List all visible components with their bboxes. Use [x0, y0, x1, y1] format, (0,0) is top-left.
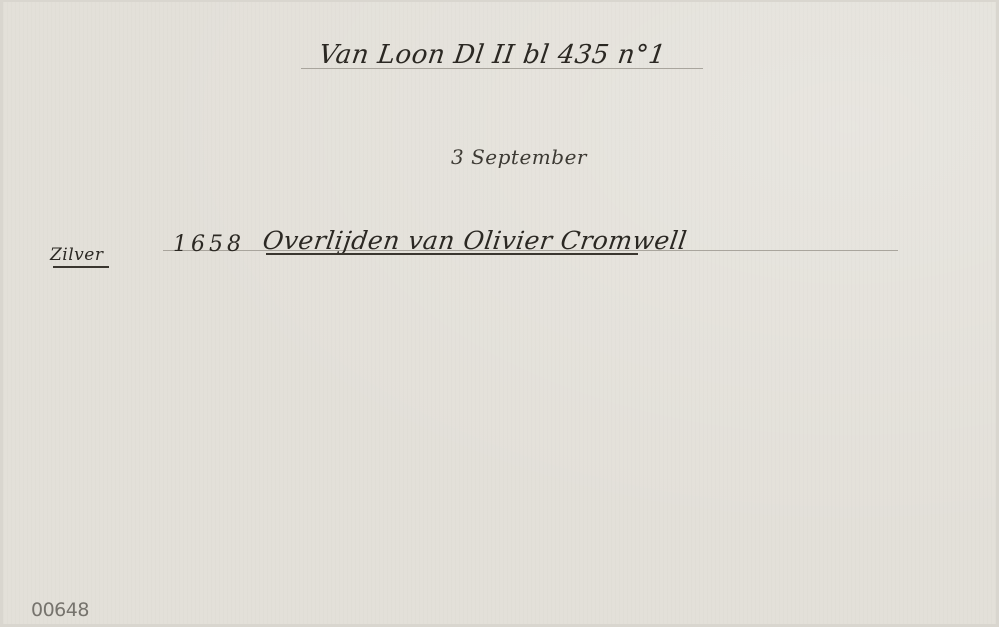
date-text: 3 September [451, 145, 587, 169]
inventory-number: 00648 [31, 599, 89, 621]
year-text: 1658 [173, 232, 245, 257]
catalogue-card: Van Loon Dl II bl 435 n°1 3 September Zi… [3, 2, 996, 624]
metal-underline [53, 266, 109, 268]
metal-label: Zilver [50, 245, 103, 265]
event-title: Overlijden van Olivier Cromwell [261, 226, 689, 255]
reference-text: Van Loon Dl II bl 435 n°1 [317, 40, 668, 70]
event-underline [266, 253, 638, 255]
